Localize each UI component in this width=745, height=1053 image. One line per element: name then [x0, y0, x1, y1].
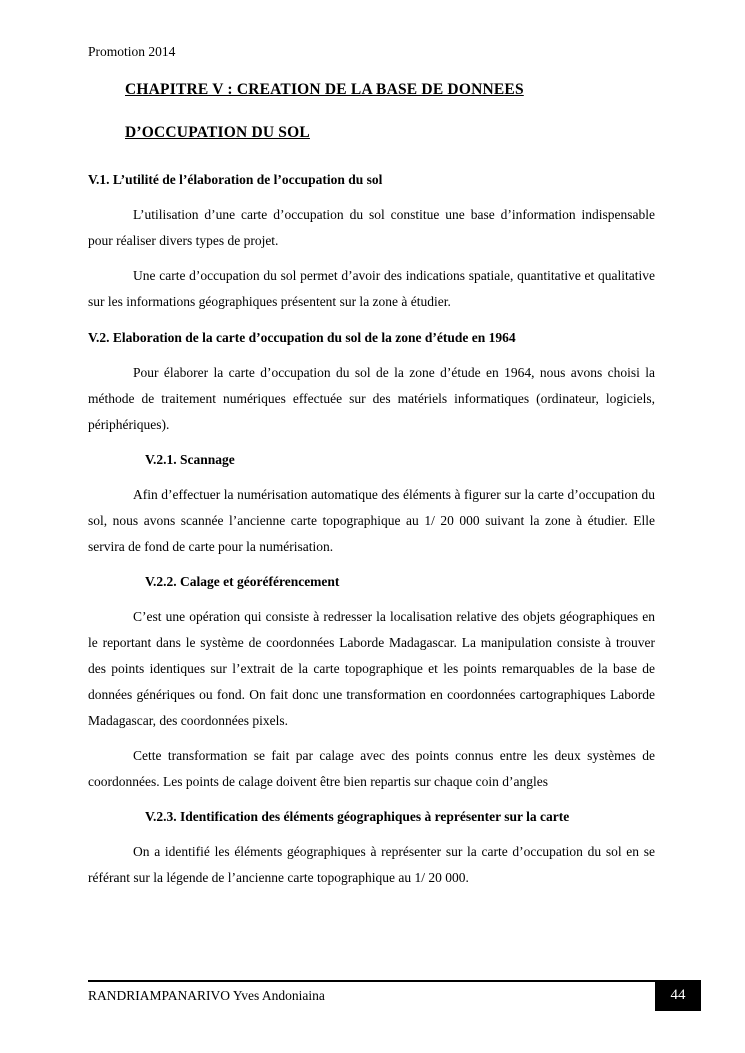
paragraph-v22-2: Cette transformation se fait par calage …	[88, 743, 655, 795]
paragraph-v21-1: Afin d’effectuer la numérisation automat…	[88, 482, 655, 560]
chapter-title-line2: D’OCCUPATION DU SOL	[125, 124, 655, 142]
paragraph-v22-1: C’est une opération qui consiste à redre…	[88, 604, 655, 734]
paragraph-v1-1: L’utilisation d’une carte d’occupation d…	[88, 202, 655, 254]
chapter-title-line1: CHAPITRE V : CREATION DE LA BASE DE DONN…	[125, 81, 655, 99]
paragraph-v23-1: On a identifié les éléments géographique…	[88, 839, 655, 891]
section-heading-v1: V.1. L’utilité de l’élaboration de l’occ…	[88, 167, 655, 193]
running-header: Promotion 2014	[88, 44, 655, 60]
chapter-title: CHAPITRE V : CREATION DE LA BASE DE DONN…	[125, 81, 655, 142]
footer-divider	[88, 980, 656, 982]
subsection-heading-v22: V.2.2. Calage et géoréférencement	[145, 569, 655, 595]
page-number-badge: 44	[655, 980, 701, 1011]
promotion-label: Promotion 2014	[88, 44, 175, 59]
subsection-heading-v23: V.2.3. Identification des éléments géogr…	[145, 804, 655, 830]
author-name: RANDRIAMPANARIVO Yves Andoniaina	[88, 988, 325, 1004]
page-footer: RANDRIAMPANARIVO Yves Andoniaina 44	[88, 980, 701, 1020]
paragraph-v2-1: Pour élaborer la carte d’occupation du s…	[88, 360, 655, 438]
paragraph-v1-2: Une carte d’occupation du sol permet d’a…	[88, 263, 655, 315]
subsection-heading-v21: V.2.1. Scannage	[145, 447, 655, 473]
section-heading-v2: V.2. Elaboration de la carte d’occupatio…	[88, 325, 655, 351]
page-content: Promotion 2014 CHAPITRE V : CREATION DE …	[88, 44, 655, 891]
document-page: Promotion 2014 CHAPITRE V : CREATION DE …	[0, 0, 745, 1053]
